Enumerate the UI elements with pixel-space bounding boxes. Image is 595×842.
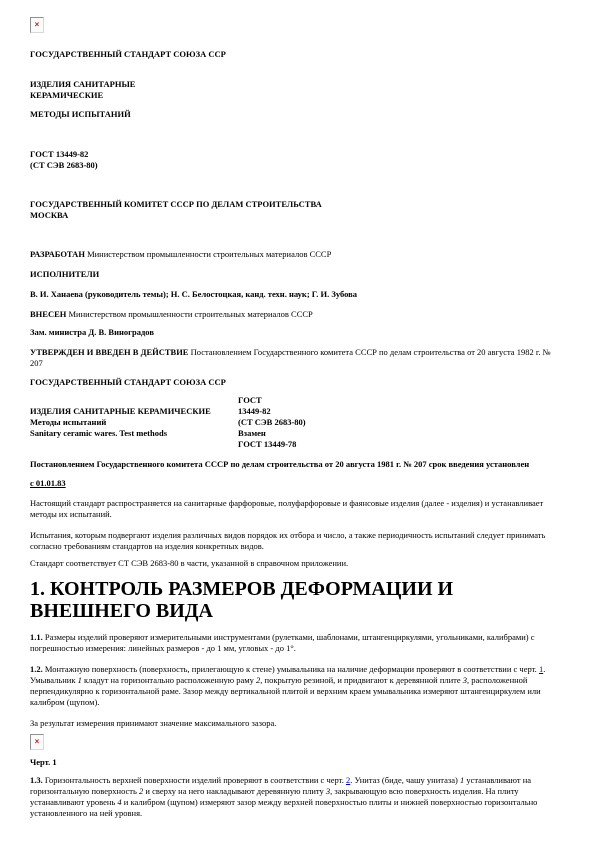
- executors-label: ИСПОЛНИТЕЛИ: [30, 269, 565, 280]
- developed-text: Министерством промышленности строительны…: [85, 249, 331, 259]
- standard-designation: ГОСТ 13449-82 (СТ СЭВ 2683-80): [30, 149, 565, 171]
- intro-conformity: Стандарт соответствует СТ СЭВ 2683-80 в …: [30, 558, 565, 569]
- committee-line: ГОСУДАРСТВЕННЫЙ КОМИТЕТ СССР ПО ДЕЛАМ СТ…: [30, 199, 322, 209]
- paragraph-1-2-number: 1.2.: [30, 664, 43, 674]
- title-table-left: ИЗДЕЛИЯ САНИТАРНЫЕ КЕРАМИЧЕСКИЕ Методы и…: [30, 395, 238, 450]
- effective-date: с 01.01.83: [30, 478, 565, 489]
- document-title-line1: ИЗДЕЛИЯ САНИТАРНЫЕ: [30, 79, 135, 89]
- standard-org-line: ГОСУДАРСТВЕННЫЙ СТАНДАРТ СОЮЗА ССР: [30, 377, 565, 388]
- figure-1-broken-image-x-icon: ×: [35, 735, 40, 748]
- title-table-right: ГОСТ 13449-82 (СТ СЭВ 2683-80) Взамен ГО…: [238, 395, 306, 450]
- masthead-org-line: ГОСУДАРСТВЕННЫЙ СТАНДАРТ СОЮЗА ССР: [30, 49, 565, 60]
- submitted-label: ВНЕСЕН: [30, 309, 66, 319]
- figure-1-broken-image-icon: ×: [30, 734, 44, 750]
- intro-scope: Настоящий стандарт распространяется на с…: [30, 498, 565, 520]
- figure-1-caption: Черт. 1: [30, 757, 565, 768]
- standard-name-ru: ИЗДЕЛИЯ САНИТАРНЫЕ КЕРАМИЧЕСКИЕ: [30, 406, 238, 417]
- replaces-label: Взамен: [238, 428, 306, 439]
- developed-label: РАЗРАБОТАН: [30, 249, 85, 259]
- document-title-line2: КЕРАМИЧЕСКИЕ: [30, 90, 103, 100]
- section-1-heading: 1. КОНТРОЛЬ РАЗМЕРОВ ДЕФОРМАЦИИ И ВНЕШНЕ…: [30, 578, 565, 622]
- broken-image-icon: ×: [30, 17, 44, 33]
- page: × ГОСУДАРСТВЕННЫЙ СТАНДАРТ СОЮЗА ССР ИЗД…: [30, 17, 565, 819]
- gost-number: ГОСТ 13449-82: [30, 149, 88, 159]
- sev-number: (СТ СЭВ 2683-80): [30, 160, 98, 170]
- committee-block: ГОСУДАРСТВЕННЫЙ КОМИТЕТ СССР ПО ДЕЛАМ СТ…: [30, 199, 565, 221]
- paragraph-1-1-text: Размеры изделий проверяют измерительными…: [30, 632, 535, 653]
- document-subtitle: МЕТОДЫ ИСПЫТАНИЙ: [30, 109, 565, 120]
- submitted-text: Министерством промышленности строительны…: [66, 309, 312, 319]
- paragraph-1-3: 1.3. Горизонтальность верхней поверхност…: [30, 775, 565, 819]
- paragraph-1-2-text-a: Монтажную поверхность (поверхность, прил…: [43, 664, 539, 674]
- deputy-minister: Зам. министра Д. В. Виноградов: [30, 327, 565, 338]
- paragraph-1-3-text-b: . Унитаз (биде, чашу унитаза): [350, 775, 460, 785]
- standard-name-en: Sanitary ceramic wares. Test methods: [30, 428, 238, 439]
- developed-paragraph: РАЗРАБОТАН Министерством промышленности …: [30, 249, 565, 260]
- title-table: ИЗДЕЛИЯ САНИТАРНЫЕ КЕРАМИЧЕСКИЕ Методы и…: [30, 395, 565, 450]
- paragraph-1-1: 1.1. Размеры изделий проверяют измерител…: [30, 632, 565, 654]
- document-title: ИЗДЕЛИЯ САНИТАРНЫЕ КЕРАМИЧЕСКИЕ: [30, 79, 565, 101]
- approved-paragraph: УТВЕРЖДЕН И ВВЕДЕН В ДЕЙСТВИЕ Постановле…: [30, 347, 565, 369]
- executors-names: В. И. Ханаева (руководитель темы); Н. С.…: [30, 289, 565, 300]
- broken-image-top: ×: [30, 17, 565, 33]
- city: МОСКВА: [30, 210, 68, 220]
- paragraph-1-2-text-d: , покрытую резиной, и придвигают к дерев…: [260, 675, 463, 685]
- submitted-paragraph: ВНЕСЕН Министерством промышленности стро…: [30, 309, 565, 320]
- paragraph-1-3-text-d: и сверху на него накладывают деревянную …: [143, 786, 326, 796]
- paragraph-1-3-text-a: Горизонтальность верхней поверхности изд…: [43, 775, 346, 785]
- replaces-number: ГОСТ 13449-78: [238, 439, 306, 450]
- designation-label: ГОСТ: [238, 395, 306, 406]
- paragraph-1-1-number: 1.1.: [30, 632, 43, 642]
- approved-label: УТВЕРЖДЕН И ВВЕДЕН В ДЕЙСТВИЕ: [30, 347, 188, 357]
- paragraph-1-2: 1.2. Монтажную поверхность (поверхность,…: [30, 664, 565, 708]
- broken-image-figure-1: ×: [30, 734, 565, 750]
- enactment-decree: Постановлением Государственного комитета…: [30, 459, 565, 470]
- measurement-result-note: За результат измерения принимают значени…: [30, 718, 565, 729]
- designation-number: 13449-82: [238, 406, 306, 417]
- broken-image-x-icon: ×: [35, 18, 40, 31]
- paragraph-1-2-text-c: кладут на горизонтально расположенную ра…: [82, 675, 256, 685]
- designation-sev: (СТ СЭВ 2683-80): [238, 417, 306, 428]
- intro-testing-order: Испытания, которым подвергают изделия ра…: [30, 530, 565, 552]
- paragraph-1-3-number: 1.3.: [30, 775, 43, 785]
- standard-methods-ru: Методы испытаний: [30, 417, 238, 428]
